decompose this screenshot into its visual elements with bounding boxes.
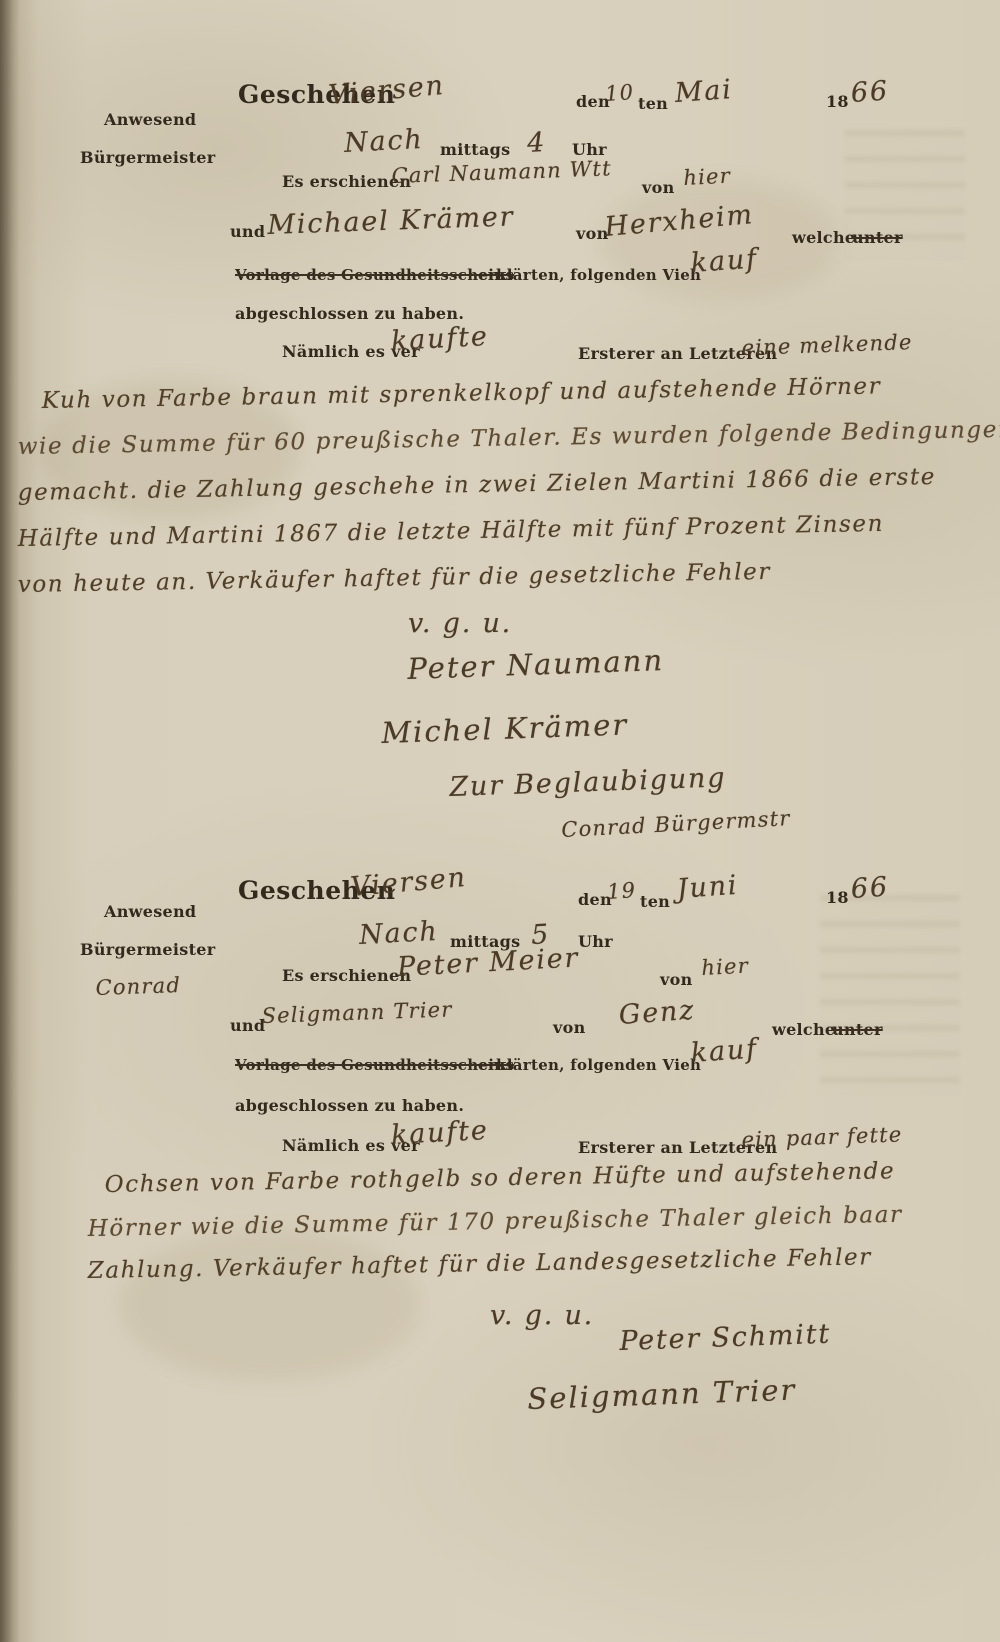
hw-object-2: ein paar fette — [741, 1122, 903, 1152]
bleedthrough-mark — [820, 895, 960, 1095]
printed-von1-1: von — [642, 178, 675, 197]
hw-name2-2: Seligmann Trier — [261, 997, 453, 1028]
hw-year-2: 66 — [850, 871, 890, 905]
hw-vgu-2: v. g. u. — [490, 1300, 594, 1331]
signature-official-1: Conrad Bürgermstr — [561, 806, 791, 842]
signature-buyer-2: Peter Schmitt — [619, 1319, 832, 1357]
printed-abgeschlossen-2: abgeschlossen zu haben. — [235, 1096, 464, 1115]
hw-object-1: eine melkende — [741, 330, 913, 360]
margin-buergermeister-2: Bürgermeister — [80, 940, 215, 959]
scanned-register-page: Anwesend Bürgermeister Geschehen Viersen… — [0, 0, 1000, 1642]
printed-von1-2: von — [660, 970, 693, 989]
hw-name2-1: Michael Krämer — [267, 201, 515, 241]
signature-buyer-1: Peter Naumann — [407, 643, 665, 686]
hw-body-line: wie die Summe für 60 preußische Thaler. … — [18, 417, 1000, 460]
printed-century-2: 18 — [826, 888, 849, 907]
printed-ten-2: ten — [640, 892, 670, 911]
signature-seller-1: Michel Krämer — [381, 707, 629, 750]
hw-body-line: von heute an. Verkäufer haftet für die g… — [18, 559, 772, 598]
hw-place2-1: Herxheim — [603, 199, 755, 243]
printed-unter-struck-1: unter — [852, 228, 903, 247]
hw-month-1: Mai — [674, 74, 734, 109]
hw-place1-1: hier — [683, 164, 732, 190]
hw-day-1: 10 — [604, 80, 635, 106]
hw-name1-1: Carl Naumann Wtt — [391, 156, 612, 188]
margin-anwesend-2: Anwesend — [104, 902, 196, 921]
hw-place-2: Viersen — [349, 862, 468, 903]
printed-und-1: und — [230, 222, 265, 241]
printed-erklaerten-2: erklärten, folgenden Vieh — [478, 1056, 701, 1074]
hw-name1-2: Peter Meier — [396, 943, 580, 983]
signature-seller-2: Seligmann Trier — [527, 1373, 797, 1416]
hw-year-1: 66 — [850, 75, 890, 109]
printed-century-1: 18 — [826, 92, 849, 111]
hw-body-line: Hörner wie die Summe für 170 preußische … — [88, 1202, 903, 1242]
margin-anwesend-1: Anwesend — [104, 110, 196, 129]
hw-attest-label-1: Zur Beglaubigung — [449, 762, 727, 803]
hw-margin-official-2: Conrad — [95, 973, 181, 1000]
hw-place1-2: hier — [701, 954, 750, 980]
printed-von2-2: von — [553, 1018, 586, 1037]
hw-body-line: Zahlung. Verkäufer haftet für die Landes… — [88, 1244, 873, 1284]
hw-nach-2: Nach — [358, 916, 439, 951]
printed-ten-1: ten — [638, 94, 668, 113]
printed-es-erschienen-2: Es erschienen — [282, 966, 411, 985]
hw-body-line: Hälfte und Martini 1867 die letzte Hälft… — [18, 511, 885, 552]
hw-vgu-1: v. g. u. — [408, 608, 512, 639]
book-binding-shadow — [0, 0, 20, 1642]
printed-uhr-2: Uhr — [578, 932, 613, 951]
hw-hour-1: 4 — [526, 127, 547, 159]
printed-und-2: und — [230, 1016, 265, 1035]
hw-nach-1: Nach — [343, 124, 424, 159]
hw-body-line: Kuh von Farbe braun mit sprenkelkopf und… — [42, 373, 882, 414]
hw-place2-2: Genz — [618, 995, 696, 1031]
hw-kauf-1: kauf — [690, 243, 759, 279]
printed-mittags-1: mittags — [440, 140, 510, 159]
hw-kauf-2: kauf — [690, 1033, 759, 1069]
hw-body-line: Ochsen von Farbe rothgelb so deren Hüfte… — [105, 1158, 896, 1198]
printed-welche-2: welche — [772, 1020, 835, 1039]
printed-erklaerten-1: erklärten, folgenden Vieh — [478, 266, 701, 284]
printed-vorlage-struck-1: Vorlage des Gesundheitsscheins — [235, 266, 514, 284]
printed-abgeschlossen-1: abgeschlossen zu haben. — [235, 304, 464, 323]
hw-kaufte-2: kaufte — [390, 1115, 489, 1151]
printed-unter-struck-2: unter — [832, 1020, 883, 1039]
margin-buergermeister-1: Bürgermeister — [80, 148, 215, 167]
hw-month-2: Juni — [676, 870, 739, 905]
printed-vorlage-struck-2: Vorlage des Gesundheitsscheins — [235, 1056, 514, 1074]
hw-day-2: 19 — [606, 878, 637, 904]
hw-body-line: gemacht. die Zahlung geschehe in zwei Zi… — [18, 464, 937, 506]
printed-welche-1: welche — [792, 228, 855, 247]
hw-place-1: Viersen — [327, 70, 446, 111]
hw-kaufte-1: kaufte — [390, 321, 489, 357]
